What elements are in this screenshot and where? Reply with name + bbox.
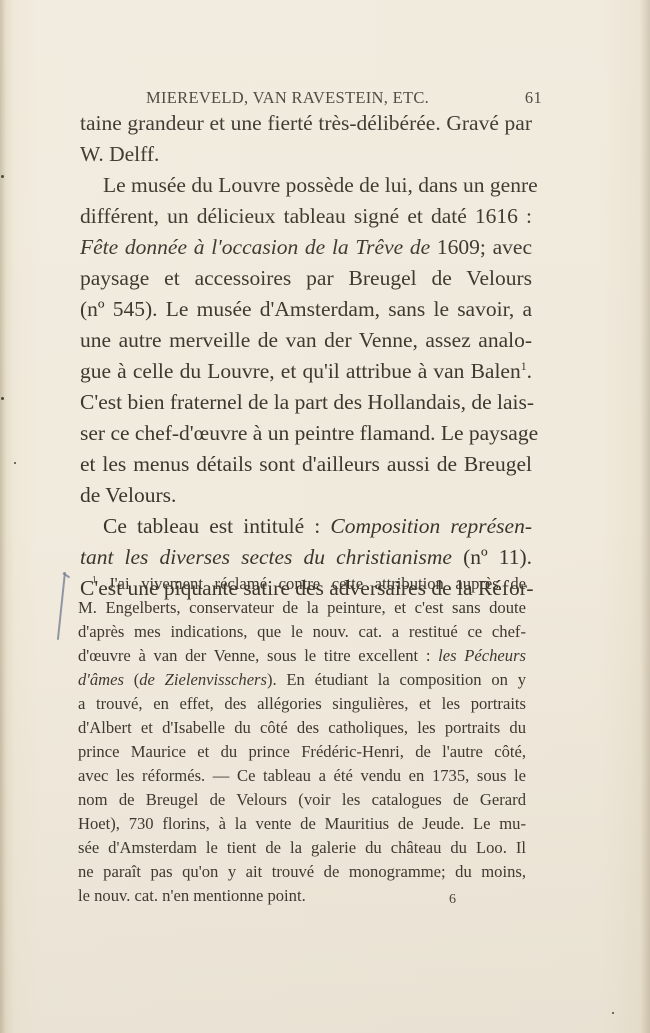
artwork-title: tant les diverses sectes du christianism… xyxy=(80,545,452,569)
paper-speck xyxy=(612,1012,614,1014)
body-line: ser ce chef-d'œuvre à un peintre flamand… xyxy=(80,419,532,447)
page-number: 61 xyxy=(525,88,542,108)
footnote-line: ne paraît pas qu'on y ait trouvé de mono… xyxy=(78,861,526,883)
body-line: W. Delff. xyxy=(80,140,532,168)
footnote-line: d'œuvre à van der Venne, sous le titre e… xyxy=(78,645,526,667)
body-line: et les menus détails sont d'ailleurs aus… xyxy=(80,450,532,478)
paper-speck xyxy=(1,397,4,400)
footnote-line: a trouvé, en effet, des allégories singu… xyxy=(78,693,526,715)
pencil-margin-hook xyxy=(62,572,70,578)
footnote-line: avec les réformés. — Ce tableau a été ve… xyxy=(78,765,526,787)
footnote-reference[interactable]: 1 xyxy=(521,359,527,373)
paper-speck xyxy=(14,462,16,464)
book-page: MIEREVELD, VAN RAVESTEIN, ETC. 61 taine … xyxy=(0,0,650,1033)
footnote-line: sée d'Amsterdam le tient de la galerie d… xyxy=(78,837,526,859)
footnote-line: M. Engelberts, conservateur de la peintu… xyxy=(78,597,526,619)
pencil-margin-mark xyxy=(57,572,66,640)
footnote-line: 1 J'ai vivement réclamé contre cette att… xyxy=(92,573,526,595)
footnote-line: Hoet), 730 florins, à la vente de Maurit… xyxy=(78,813,526,835)
paper-speck xyxy=(1,175,4,178)
signature-mark: 6 xyxy=(449,892,456,908)
footnote-line: prince Maurice et du prince Frédéric-Hen… xyxy=(78,741,526,763)
footnote-line: d'après mes indications, que le nouv. ca… xyxy=(78,621,526,643)
artwork-title: les Pécheurs xyxy=(438,646,526,665)
body-line: Le musée du Louvre possède de lui, dans … xyxy=(103,171,532,199)
body-line: Fête donnée à l'occasion de la Trêve de … xyxy=(80,233,532,261)
footnote-line: nom de Breugel de Velours (voir les cata… xyxy=(78,789,526,811)
body-line: taine grandeur et une fierté très-délibé… xyxy=(80,109,532,137)
footnote-line: le nouv. cat. n'en mentionne point. xyxy=(78,885,526,907)
artwork-title: Fête donnée à l'occasion de la Trêve de xyxy=(80,235,430,259)
body-line: tant les diverses sectes du christianism… xyxy=(80,543,532,571)
footnote-marker: 1 xyxy=(92,574,97,584)
artwork-title: Composition représen- xyxy=(330,514,532,538)
body-line: Ce tableau est intitulé : Composition re… xyxy=(103,512,532,540)
footnote-line: d'Albert et d'Isabelle du côté des catho… xyxy=(78,717,526,739)
body-line: de Velours. xyxy=(80,481,532,509)
body-line: C'est bien fraternel de la part des Holl… xyxy=(80,388,532,416)
body-line: paysage et accessoires par Breugel de Ve… xyxy=(80,264,532,292)
body-line: une autre merveille de van der Venne, as… xyxy=(80,326,532,354)
running-head: MIEREVELD, VAN RAVESTEIN, ETC. 61 xyxy=(146,88,542,110)
body-line: C'est une piquante satire des adversaire… xyxy=(80,574,532,602)
footnote-line: d'âmes (de Zielenvisschers). En étudiant… xyxy=(78,669,526,691)
body-line: (nº 545). Le musée d'Amsterdam, sans le … xyxy=(80,295,532,323)
running-head-title: MIEREVELD, VAN RAVESTEIN, ETC. xyxy=(146,88,429,108)
body-line: gue à celle du Louvre, et qu'il attribue… xyxy=(80,357,532,385)
body-line: différent, un délicieux tableau signé et… xyxy=(80,202,532,230)
